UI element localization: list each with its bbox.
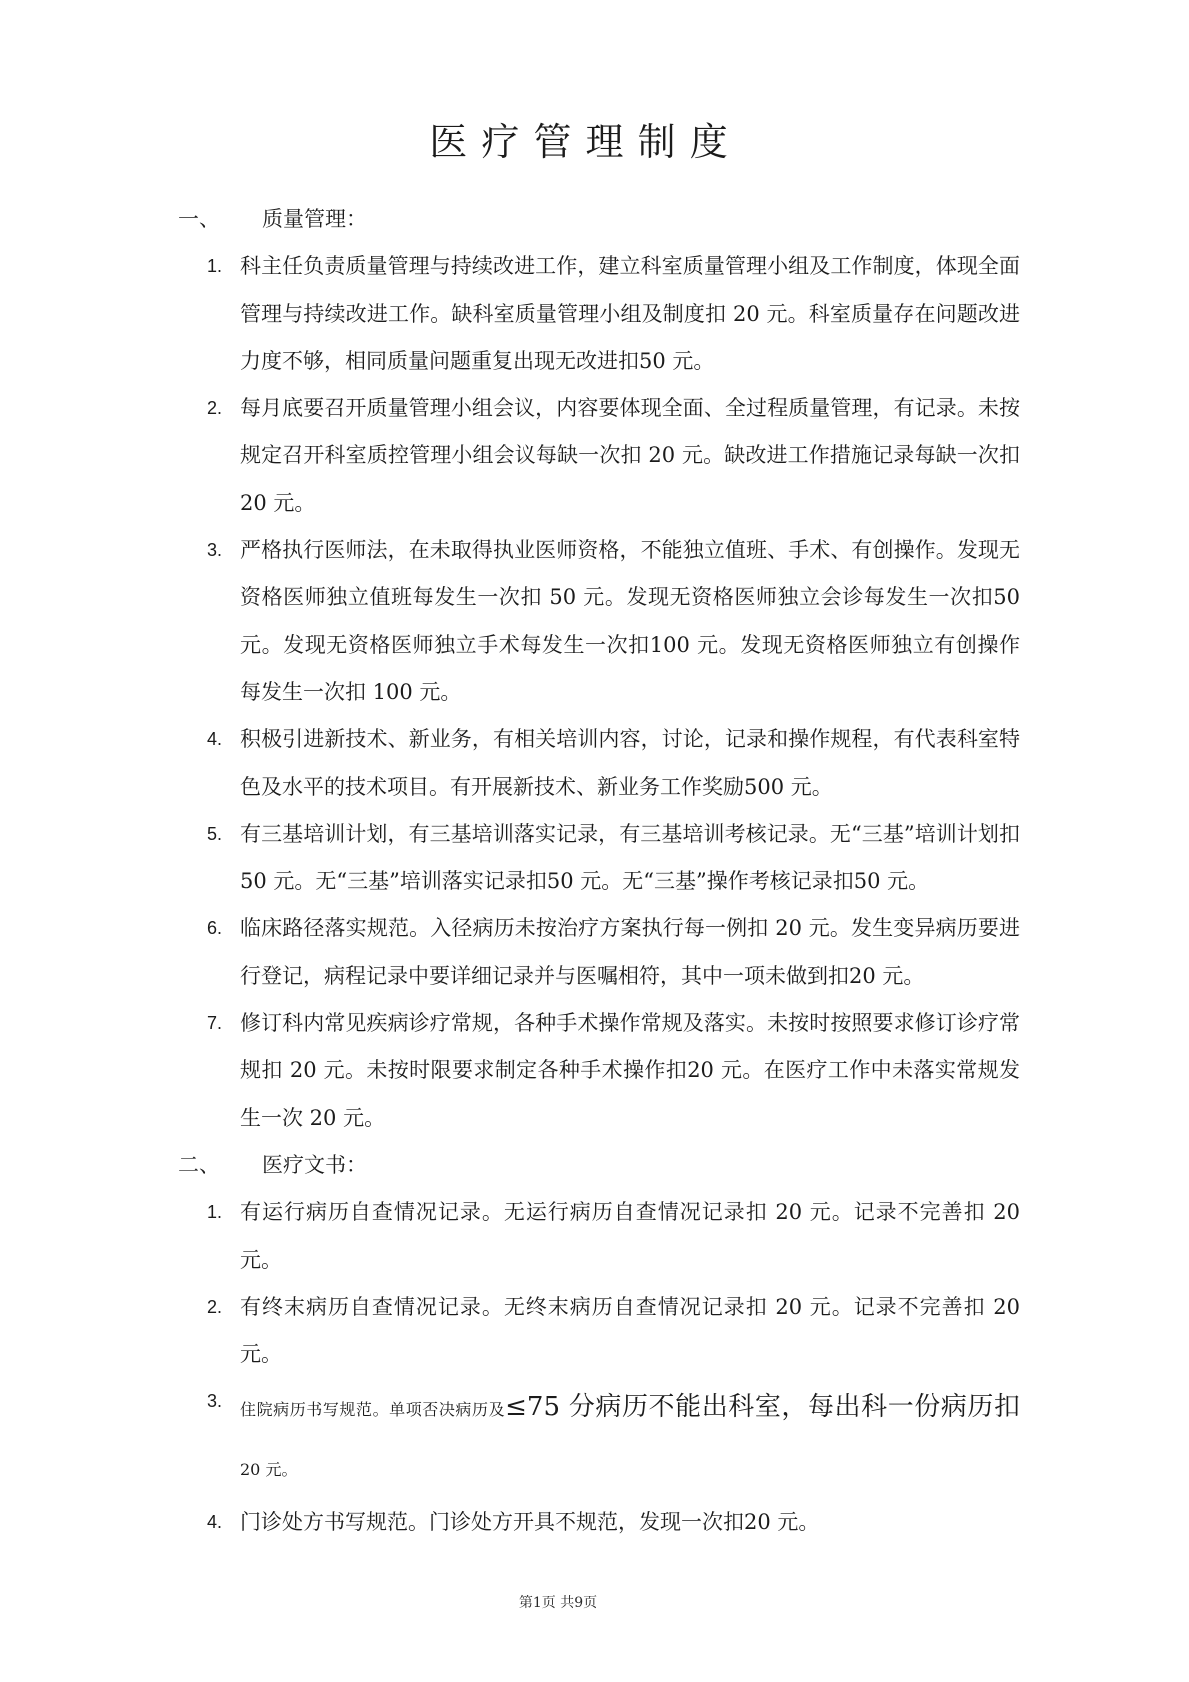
text-run: 临床路径落实规范。入径病历未按治疗方案执行每一例扣 20 元。发生变异病历要进行… xyxy=(240,916,1020,987)
list-item-text: 科主任负责质量管理与持续改进工作，建立科室质量管理小组及工作制度，体现全面管理与… xyxy=(240,243,1020,385)
text-run: 门诊处方书写规范。门诊处方开具不规范，发现一次扣20 元。 xyxy=(240,1510,819,1534)
list-item-text: 住院病历书写规范。单项否决病历及≤75 分病历不能出科室，每出科一份病历扣 20… xyxy=(240,1378,1020,1499)
text-run: 有终末病历自查情况记录。无终末病历自查情况记录扣 20 元。记录不完善扣 20 … xyxy=(240,1295,1020,1366)
list-item-number: 3. xyxy=(178,527,240,716)
text-run: 每月底要召开质量管理小组会议，内容要体现全面、全过程质量管理，有记录。未按规定召… xyxy=(240,396,1020,515)
text-run: 严格执行医师法，在未取得执业医师资格，不能独立值班、手术、有创操作。发现无资格医… xyxy=(240,538,1020,704)
list-item-number: 4. xyxy=(178,1499,240,1546)
text-run: 积极引进新技术、新业务，有相关培训内容，讨论，记录和操作规程，有代表科室特色及水… xyxy=(240,727,1020,798)
list-item-text: 修订科内常见疾病诊疗常规，各种手术操作常规及落实。未按时按照要求修订诊疗常规扣 … xyxy=(240,1000,1020,1142)
list-item-text: 有终末病历自查情况记录。无终末病历自查情况记录扣 20 元。记录不完善扣 20 … xyxy=(240,1284,1020,1379)
list-item-number: 2. xyxy=(178,385,240,527)
list-item-number: 7. xyxy=(178,1000,240,1142)
section-label: 二、 xyxy=(178,1142,262,1189)
list-item-number: 3. xyxy=(178,1378,240,1499)
list-item-text: 有三基培训计划，有三基培训落实记录，有三基培训考核记录。无“三基”培训计划扣 5… xyxy=(240,811,1020,906)
section-heading: 质量管理： xyxy=(262,196,1020,243)
text-run: 住院病历书写规范。单项否决病历及 xyxy=(240,1400,505,1419)
list-item: 3.住院病历书写规范。单项否决病历及≤75 分病历不能出科室，每出科一份病历扣 … xyxy=(178,1378,1020,1499)
section-header: 二、医疗文书： xyxy=(178,1142,1020,1189)
text-run: 修订科内常见疾病诊疗常规，各种手术操作常规及落实。未按时按照要求修订诊疗常规扣 … xyxy=(240,1011,1020,1130)
text-run: 有运行病历自查情况记录。无运行病历自查情况记录扣 20 元。记录不完善扣 20 … xyxy=(240,1200,1020,1271)
section-items: 1.科主任负责质量管理与持续改进工作，建立科室质量管理小组及工作制度，体现全面管… xyxy=(178,243,1020,1142)
list-item: 7.修订科内常见疾病诊疗常规，各种手术操作常规及落实。未按时按照要求修订诊疗常规… xyxy=(178,1000,1020,1142)
list-item-text: 严格执行医师法，在未取得执业医师资格，不能独立值班、手术、有创操作。发现无资格医… xyxy=(240,527,1020,716)
list-item-text: 积极引进新技术、新业务，有相关培训内容，讨论，记录和操作规程，有代表科室特色及水… xyxy=(240,716,1020,811)
text-run: ≤75 分病历不能出科室，每出科一份病历扣 xyxy=(505,1392,1020,1422)
text-run: 科主任负责质量管理与持续改进工作，建立科室质量管理小组及工作制度，体现全面管理与… xyxy=(240,254,1020,373)
list-item: 6.临床路径落实规范。入径病历未按治疗方案执行每一例扣 20 元。发生变异病历要… xyxy=(178,905,1020,1000)
list-item-number: 1. xyxy=(178,243,240,385)
list-item: 5.有三基培训计划，有三基培训落实记录，有三基培训考核记录。无“三基”培训计划扣… xyxy=(178,811,1020,906)
list-item-text: 每月底要召开质量管理小组会议，内容要体现全面、全过程质量管理，有记录。未按规定召… xyxy=(240,385,1020,527)
document-page: 医 疗 管 理 制 度 一、质量管理：1.科主任负责质量管理与持续改进工作，建立… xyxy=(0,0,1189,1682)
list-item-number: 2. xyxy=(178,1284,240,1379)
section-header: 一、质量管理： xyxy=(178,196,1020,243)
text-run: 有三基培训计划，有三基培训落实记录，有三基培训考核记录。无“三基”培训计划扣 5… xyxy=(240,822,1020,893)
text-run: 20 元。 xyxy=(240,1460,297,1479)
list-item-number: 1. xyxy=(178,1189,240,1284)
list-item: 1.科主任负责质量管理与持续改进工作，建立科室质量管理小组及工作制度，体现全面管… xyxy=(178,243,1020,385)
list-item-number: 4. xyxy=(178,716,240,811)
list-item: 1.有运行病历自查情况记录。无运行病历自查情况记录扣 20 元。记录不完善扣 2… xyxy=(178,1189,1020,1284)
section-label: 一、 xyxy=(178,196,262,243)
list-item-text: 有运行病历自查情况记录。无运行病历自查情况记录扣 20 元。记录不完善扣 20 … xyxy=(240,1189,1020,1284)
list-item-text: 临床路径落实规范。入径病历未按治疗方案执行每一例扣 20 元。发生变异病历要进行… xyxy=(240,905,1020,1000)
list-item: 2.每月底要召开质量管理小组会议，内容要体现全面、全过程质量管理，有记录。未按规… xyxy=(178,385,1020,527)
list-item-number: 6. xyxy=(178,905,240,1000)
section: 一、质量管理：1.科主任负责质量管理与持续改进工作，建立科室质量管理小组及工作制… xyxy=(178,196,1020,1142)
page-title: 医 疗 管 理 制 度 xyxy=(0,121,1158,163)
section: 二、医疗文书：1.有运行病历自查情况记录。无运行病历自查情况记录扣 20 元。记… xyxy=(178,1142,1020,1547)
list-item: 4.门诊处方书写规范。门诊处方开具不规范，发现一次扣20 元。 xyxy=(178,1499,1020,1546)
list-item: 4.积极引进新技术、新业务，有相关培训内容，讨论，记录和操作规程，有代表科室特色… xyxy=(178,716,1020,811)
section-heading: 医疗文书： xyxy=(262,1142,1020,1189)
list-item: 2.有终末病历自查情况记录。无终末病历自查情况记录扣 20 元。记录不完善扣 2… xyxy=(178,1284,1020,1379)
section-items: 1.有运行病历自查情况记录。无运行病历自查情况记录扣 20 元。记录不完善扣 2… xyxy=(178,1189,1020,1546)
list-item-number: 5. xyxy=(178,811,240,906)
list-item-text: 门诊处方书写规范。门诊处方开具不规范，发现一次扣20 元。 xyxy=(240,1499,1020,1546)
page-footer: 第1页 共9页 xyxy=(0,1592,1116,1612)
list-item: 3.严格执行医师法，在未取得执业医师资格，不能独立值班、手术、有创操作。发现无资… xyxy=(178,527,1020,716)
document-body: 一、质量管理：1.科主任负责质量管理与持续改进工作，建立科室质量管理小组及工作制… xyxy=(178,196,1020,1547)
